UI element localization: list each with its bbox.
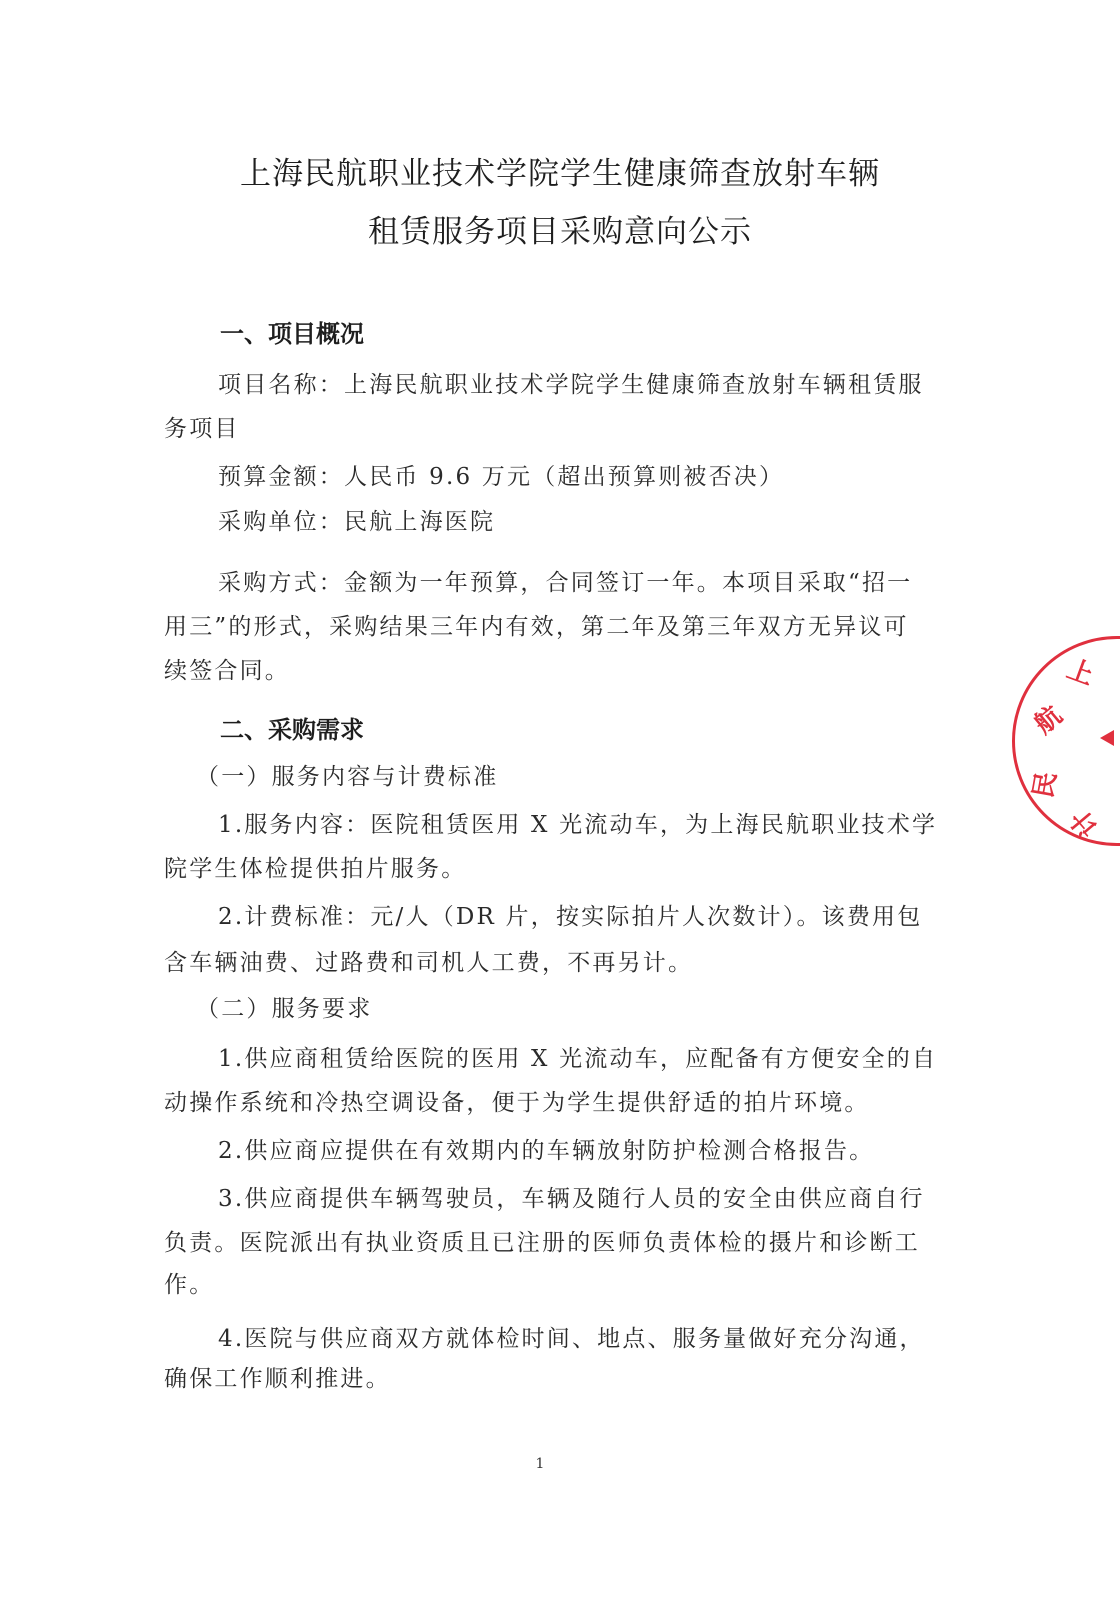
requirement3-line1: 3.供应商提供车辆驾驶员，车辆及随行人员的安全由供应商自行 — [218, 1180, 925, 1213]
requirement1-line1: 1.供应商租赁给医院的医用 X 光流动车，应配备有方便安全的自 — [218, 1040, 937, 1073]
method-line1: 采购方式：金额为一年预算，合同签订一年。本项目采取“招一 — [218, 564, 912, 597]
section2-heading: 二、采购需求 — [220, 710, 364, 745]
requirement4-line1: 4.医院与供应商双方就体检时间、地点、服务量做好充分沟通， — [218, 1320, 925, 1353]
billing-line2: 含车辆油费、过路费和司机人工费，不再另计。 — [164, 944, 693, 977]
subsection1-heading: （一）服务内容与计费标准 — [196, 758, 498, 791]
subsection2-heading: （二）服务要求 — [196, 990, 372, 1023]
requirement3-line2: 负责。医院派出有执业资质且已注册的医师负责体检的摄片和诊断工 — [164, 1224, 920, 1257]
requirement4-line2: 确保工作顺利推进。 — [164, 1360, 391, 1393]
section1-heading: 一、项目概况 — [220, 314, 364, 349]
requirement1-line2: 动操作系统和冷热空调设备，便于为学生提供舒适的拍片环境。 — [164, 1084, 870, 1117]
service-content-line1: 1.服务内容：医院租赁医用 X 光流动车，为上海民航职业技术学 — [218, 806, 937, 839]
service-content-line2: 院学生体检提供拍片服务。 — [164, 850, 466, 883]
page-number: 1 — [0, 1456, 1080, 1472]
billing-line1: 2.计费标准：元/人（DR 片，按实际拍片人次数计）。该费用包 — [218, 898, 922, 931]
method-line2: 用三”的形式，采购结果三年内有效，第二年及第三年双方无异议可 — [164, 608, 909, 641]
method-line3: 续签合同。 — [164, 652, 290, 685]
purchaser-line: 采购单位：民航上海医院 — [218, 503, 495, 536]
budget-line: 预算金额：人民币 9.6 万元（超出预算则被否决） — [218, 458, 784, 491]
project-name-line2: 务项目 — [164, 410, 240, 443]
document-title-line1: 上海民航职业技术学院学生健康筛查放射车辆 — [0, 148, 1120, 193]
document-title-line2: 租赁服务项目采购意向公示 — [0, 206, 1120, 251]
project-name-line1: 项目名称：上海民航职业技术学院学生健康筛查放射车辆租赁服 — [218, 366, 924, 399]
requirement3-line3: 作。 — [164, 1266, 214, 1299]
seal-star-icon — [1100, 730, 1114, 746]
requirement2: 2.供应商应提供在有效期内的车辆放射防护检测合格报告。 — [218, 1132, 874, 1165]
